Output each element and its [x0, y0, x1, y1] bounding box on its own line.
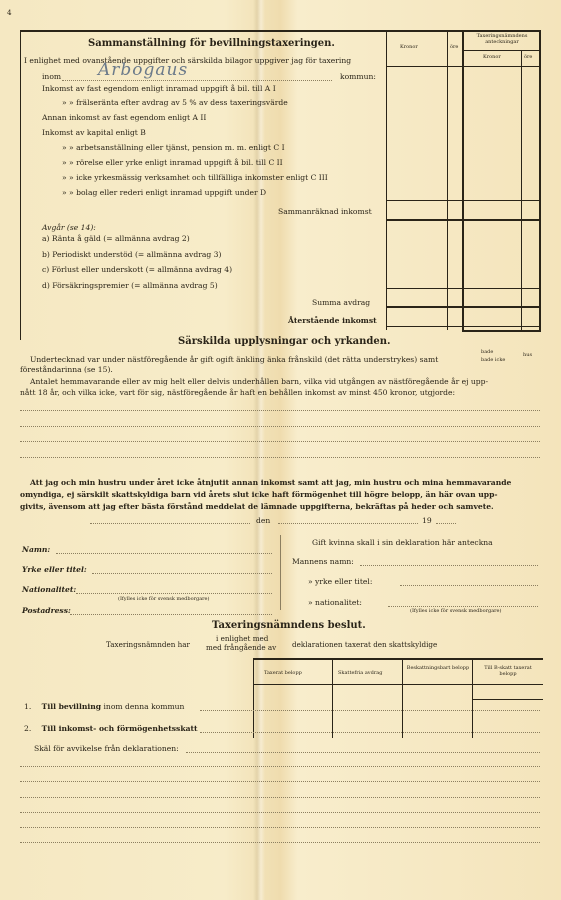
husband-nationality-label: » nationalitet: [308, 598, 362, 607]
name-label: Namn: [22, 545, 50, 554]
col-taxnamnd-ore: öre [524, 54, 532, 60]
summary-title: Sammanställning för bevillningstaxeringe… [88, 38, 335, 49]
affirmation-1: Att jag och min hustru under året icke å… [30, 478, 511, 487]
income-row: Inkomst av fast egendom enligt inramad u… [42, 84, 276, 93]
col-taxnamnd-kronor: Kronor [483, 54, 501, 60]
income-row: » » arbetsanställning eller tjänst, pens… [62, 143, 285, 152]
col-taxnamnd: Taxeringsnämndens anteckningar [466, 33, 538, 45]
special-line-2: föreståndarinna (se 15). [20, 365, 113, 374]
col-taxed-amount: Taxerat belopp [264, 670, 302, 676]
col-b-tax-amount: Till B-skatt taxerat belopp [476, 665, 540, 677]
husband-occupation-field[interactable] [400, 585, 538, 586]
nationality-field[interactable] [76, 593, 272, 594]
affirmation-2: omyndiga, ej särskilt skattskyldiga barn… [20, 490, 498, 499]
col-taxable-amount: Beskattningsbart belopp [405, 665, 471, 671]
decision-post: deklarationen taxerat den skattskyldige [292, 640, 437, 649]
income-row: » » frälseränta efter avdrag av 5 % av d… [62, 98, 288, 107]
inom-label: inom [42, 72, 61, 81]
date-field[interactable] [278, 523, 418, 524]
income-row: » » icke yrkesmässig verksamhet och till… [62, 173, 328, 182]
postal-address-label: Postadress: [22, 606, 71, 615]
col-kronor: Kronor [400, 44, 418, 50]
sum-deductions-label: Summa avdrag [312, 298, 370, 307]
affirmation-3: givits, ävensom att jag efter bästa förs… [20, 502, 494, 511]
deduction-row: d) Försäkringspremier (= allmänna avdrag… [42, 281, 218, 290]
husband-nationality-note: (Ifylles icke för svensk medborgare) [410, 608, 501, 614]
husband-occupation-label: » yrke eller titel: [308, 577, 372, 586]
place-field[interactable] [90, 523, 250, 524]
deviation-reason-field[interactable] [186, 752, 540, 753]
paper-fold [253, 0, 265, 900]
remaining-income-label: Återstående inkomst [288, 316, 377, 325]
husband-name-label: Mannens namn: [292, 557, 354, 566]
special-title: Särskilda upplysningar och yrkanden. [178, 336, 391, 347]
tax-form-page: 4 Sammanställning för bevillningstaxerin… [0, 0, 561, 900]
sum-income-label: Sammanräknad inkomst [278, 207, 372, 216]
nationality-label: Nationalitet: [22, 585, 76, 594]
decision-option-deviating[interactable]: med frångående av [206, 643, 276, 652]
decision-pre: Taxeringsnämnden har [106, 640, 190, 649]
deduction-row: c) Förlust eller underskott (= allmänna … [42, 265, 232, 274]
den-label: den [256, 516, 270, 525]
occupation-label: Yrke eller titel: [22, 565, 87, 574]
name-field[interactable] [56, 553, 272, 554]
occupation-field[interactable] [92, 573, 272, 574]
income-row: Annan inkomst av fast egendom enligt A I… [42, 113, 206, 122]
deduction-row: a) Ränta å gäld (= allmänna avdrag 2) [42, 234, 190, 243]
decision-option-in-accordance[interactable]: i enlighet med [216, 634, 268, 643]
income-row: » » bolag eller rederi enligt inramad up… [62, 188, 266, 197]
col-ore: öre [450, 44, 458, 50]
civil-status-line: Undertecknad var under nästföregående år… [30, 355, 438, 364]
husband-name-field[interactable] [360, 565, 538, 566]
married-woman-heading: Gift kvinna skall i sin deklaration här … [312, 538, 493, 547]
deduction-row: b) Periodiskt understöd (= allmänna avdr… [42, 250, 221, 259]
page-number: 4 [7, 8, 12, 17]
year-field[interactable] [436, 523, 456, 524]
deviation-reason-label: Skäl för avvikelse från deklarationen: [34, 744, 179, 753]
children-line-2: nått 18 år, och vilka icke, vart för sig… [20, 388, 455, 397]
income-row: » » rörelse eller yrke enligt inramad up… [62, 158, 283, 167]
nationality-note: (Ifylles icke för svensk medborgare) [118, 596, 209, 602]
bade-option: bade [481, 349, 493, 355]
year-label: 19 [422, 516, 432, 525]
handwritten-municipality: Arbogaus [98, 60, 188, 80]
deductions-label: Avgår (se 14): [42, 223, 96, 232]
decision-row-2: 2. Till inkomst- och förmögenhetsskatt [24, 724, 198, 733]
postal-address-field[interactable] [70, 614, 272, 615]
hus-text: hus [523, 352, 532, 358]
bade-icke-option: bade icke [481, 357, 505, 363]
decision-row-1: 1. Till bevillning inom denna kommun [24, 702, 184, 711]
income-row: Inkomst av kapital enligt B [42, 128, 146, 137]
husband-nationality-field[interactable] [388, 606, 538, 607]
col-tax-free-deductions: Skattefria avdrag [338, 670, 382, 676]
children-line-1: Antalet hemmavarande eller av mig helt e… [30, 377, 488, 386]
kommun-label: kommun: [340, 72, 376, 81]
left-rule [20, 30, 21, 340]
decision-title: Taxeringsnämndens beslut. [212, 620, 366, 631]
